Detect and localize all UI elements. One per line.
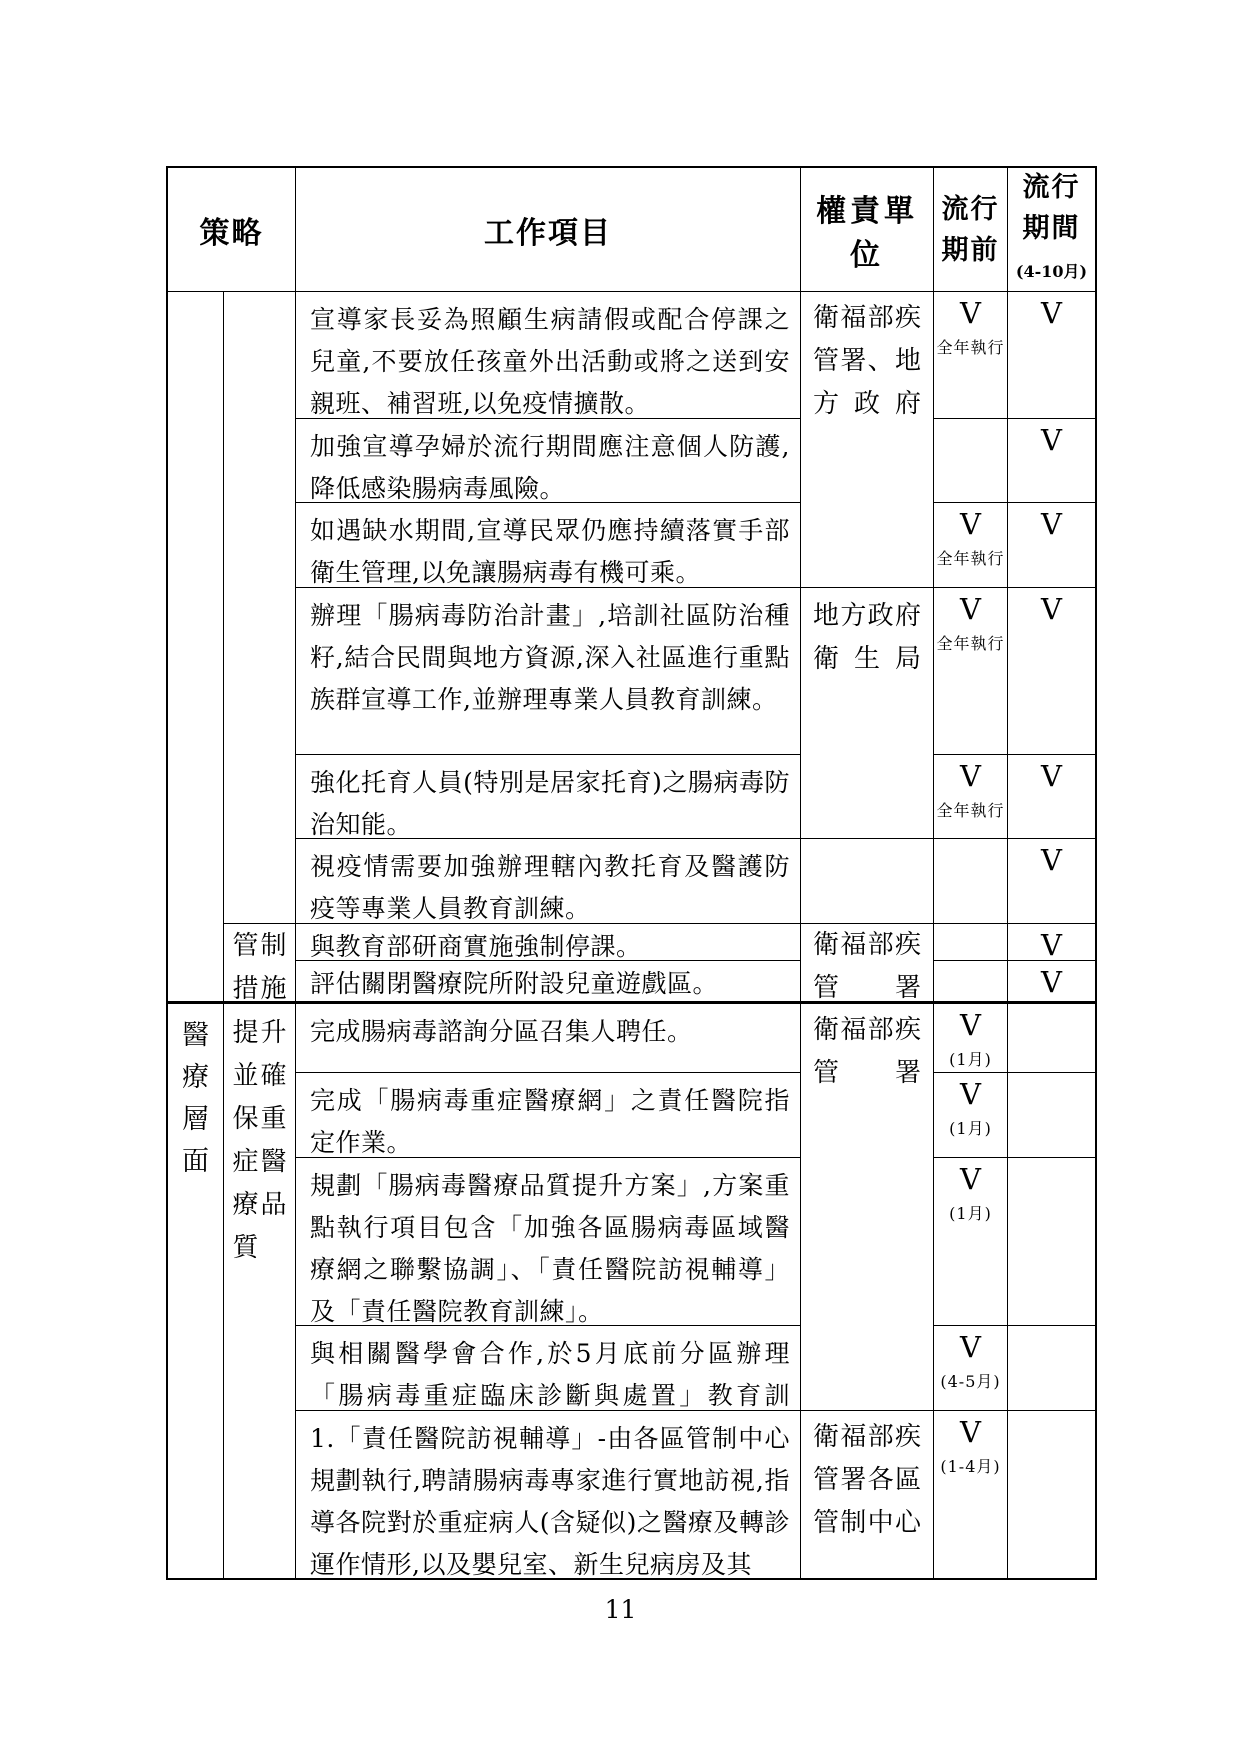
check-mark: V: [960, 507, 981, 541]
work-item-cell: 強化托育人員(特別是居家托育)之腸病毒防治知能。: [295, 754, 801, 839]
work-item-cell: 宣導家長妥為照顧生病請假或配合停課之兒童,不要放任孩童外出活動或將之送到安親班、…: [295, 291, 801, 419]
check-mark: V: [1041, 423, 1062, 457]
during-epidemic-check-cell: V: [1007, 502, 1096, 588]
header-unit-label: 權責單位: [801, 186, 933, 274]
unit-cell: 衛福部疾管署: [800, 923, 934, 1004]
work-item-text: 規劃「腸病毒醫療品質提升方案」,方案重點執行項目包含「加強各區腸病毒區域醫療網之…: [310, 1171, 790, 1326]
check-mark: V: [960, 1162, 981, 1196]
during-epidemic-check-cell: V: [1007, 291, 1096, 419]
check-mark: V: [1041, 843, 1062, 877]
pre-epidemic-check-cell: [933, 923, 1008, 961]
work-item-cell: 評估關閉醫療院所附設兒童遊戲區。: [295, 960, 801, 1004]
pre-epidemic-check-cell: V全年執行: [933, 291, 1008, 419]
during-epidemic-check-cell: [1007, 1410, 1096, 1579]
check-mark: V: [960, 296, 981, 330]
check-note: 全年執行: [936, 338, 1004, 358]
header-cell-work-item: 工作項目: [295, 167, 801, 292]
check-mark: V: [960, 1077, 981, 1111]
severe-care-quality-label: 提升並確保重症醫療品質: [233, 1012, 287, 1578]
header-during-epidemic-line2: 期間: [1023, 208, 1081, 249]
pre-epidemic-check-cell: [933, 960, 1008, 1004]
work-item-cell: 如遇缺水期間,宣導民眾仍應持續落實手部衛生管理,以免讓腸病毒有機可乘。: [295, 502, 801, 588]
unit-cell: 地方政府衛生局: [800, 587, 934, 839]
during-epidemic-check-cell: [1007, 1072, 1096, 1158]
check-mark: V: [1041, 928, 1062, 962]
unit-text: 衛福部疾管署各區管制中心: [813, 1422, 921, 1538]
during-epidemic-check-cell: V: [1007, 960, 1096, 1004]
check-note: (4-5月): [940, 1372, 1000, 1392]
header-during-epidemic-note: (4-10月): [1016, 251, 1087, 292]
during-epidemic-check-cell: [1007, 1325, 1096, 1411]
header-cell-strategy: 策略: [167, 167, 296, 292]
check-note: (1月): [949, 1204, 992, 1224]
check-note: (1月): [949, 1050, 992, 1070]
pre-epidemic-check-cell: V(1-4月): [933, 1410, 1008, 1579]
unit-text: 衛福部疾管署: [813, 930, 921, 1003]
pre-epidemic-check-cell: [933, 838, 1008, 924]
header-work-item-label: 工作項目: [484, 208, 612, 252]
unit-cell: 衛福部疾管署、地方政府: [800, 291, 934, 588]
work-item-text: 完成腸病毒諮詢分區召集人聘任。: [310, 1017, 693, 1046]
header-cell-during-epidemic: 流行 期間 (4-10月): [1007, 167, 1096, 292]
work-item-text: 加強宣導孕婦於流行期間應注意個人防護,降低感染腸病毒風險。: [310, 432, 790, 503]
pre-epidemic-check-cell: V(1月): [933, 1157, 1008, 1326]
strategy-col1-medical-level-cell: 醫療層面: [167, 1003, 224, 1579]
pre-epidemic-check-cell: V全年執行: [933, 587, 1008, 755]
pre-epidemic-check-cell: V全年執行: [933, 502, 1008, 588]
work-item-cell: 視疫情需要加強辦理轄內教托育及醫護防疫等專業人員教育訓練。: [295, 838, 801, 924]
check-mark: V: [960, 1008, 981, 1042]
check-mark: V: [1041, 965, 1062, 999]
unit-cell: [800, 838, 934, 924]
work-item-cell: 完成「腸病毒重症醫療網」之責任醫院指定作業。: [295, 1072, 801, 1158]
unit-text: 衛福部疾管署: [813, 1015, 921, 1088]
work-item-text: 視疫情需要加強辦理轄內教托育及醫護防疫等專業人員教育訓練。: [310, 852, 790, 923]
medical-level-label: 醫療層面: [182, 1015, 210, 1578]
work-item-text: 宣導家長妥為照顧生病請假或配合停課之兒童,不要放任孩童外出活動或將之送到安親班、…: [310, 305, 790, 418]
unit-text: 地方政府衛生局: [813, 601, 921, 674]
check-mark: V: [1041, 759, 1062, 793]
pre-epidemic-check-cell: V(1月): [933, 1003, 1008, 1073]
work-item-cell: 辦理「腸病毒防治計畫」,培訓社區防治種籽,結合民間與地方資源,深入社區進行重點族…: [295, 587, 801, 755]
work-item-cell: 與相關醫學會合作,於5月底前分區辦理「腸病毒重症臨床診斷與處置」教育訓練。: [295, 1325, 801, 1411]
check-mark: V: [960, 1330, 981, 1364]
header-during-epidemic-line1: 流行: [1023, 167, 1081, 208]
work-item-cell: 與教育部研商實施強制停課。: [295, 923, 801, 961]
check-mark: V: [960, 759, 981, 793]
unit-cell: 衛福部疾管署: [800, 1003, 934, 1411]
during-epidemic-check-cell: V: [1007, 587, 1096, 755]
work-item-cell: 1.「責任醫院訪視輔導」-由各區管制中心規劃執行,聘請腸病毒專家進行實地訪視,指…: [295, 1410, 801, 1579]
check-mark: V: [1041, 592, 1062, 626]
check-note: (1月): [949, 1119, 992, 1139]
header-cell-unit: 權責單位: [800, 167, 934, 292]
check-note: 全年執行: [936, 549, 1004, 569]
strategy-col2-section1-upper-cell: [223, 291, 296, 924]
strategy-col2-severe-care-quality-cell: 提升並確保重症醫療品質: [223, 1003, 296, 1579]
page-number: 11: [0, 1595, 1241, 1624]
work-item-text: 辦理「腸病毒防治計畫」,培訓社區防治種籽,結合民間與地方資源,深入社區進行重點族…: [310, 601, 790, 714]
work-item-text: 如遇缺水期間,宣導民眾仍應持續落實手部衛生管理,以免讓腸病毒有機可乘。: [310, 516, 790, 587]
work-item-text: 完成「腸病毒重症醫療網」之責任醫院指定作業。: [310, 1086, 790, 1157]
work-item-text: 1.「責任醫院訪視輔導」-由各區管制中心規劃執行,聘請腸病毒專家進行實地訪視,指…: [310, 1424, 790, 1579]
check-note: 全年執行: [936, 634, 1004, 654]
check-mark: V: [1041, 507, 1062, 541]
header-pre-epidemic-line1: 流行: [942, 189, 1000, 230]
pre-epidemic-check-cell: V(1月): [933, 1072, 1008, 1158]
pre-epidemic-check-cell: V全年執行: [933, 754, 1008, 839]
check-note: 全年執行: [936, 801, 1004, 821]
work-item-text: 強化托育人員(特別是居家托育)之腸病毒防治知能。: [310, 768, 790, 839]
during-epidemic-check-cell: [1007, 1157, 1096, 1326]
pre-epidemic-check-cell: V(4-5月): [933, 1325, 1008, 1411]
during-epidemic-check-cell: V: [1007, 418, 1096, 503]
work-item-cell: 規劃「腸病毒醫療品質提升方案」,方案重點執行項目包含「加強各區腸病毒區域醫療網之…: [295, 1157, 801, 1326]
unit-cell: 衛福部疾管署各區管制中心: [800, 1410, 934, 1579]
check-mark: V: [1041, 296, 1062, 330]
check-mark: V: [960, 592, 981, 626]
unit-text: 衛福部疾管署、地方政府: [813, 303, 921, 419]
during-epidemic-check-cell: [1007, 1003, 1096, 1073]
header-strategy-label: 策略: [200, 208, 264, 252]
during-epidemic-check-cell: V: [1007, 754, 1096, 839]
work-item-text: 與教育部研商實施強制停課。: [310, 932, 642, 961]
work-item-cell: 加強宣導孕婦於流行期間應注意個人防護,降低感染腸病毒風險。: [295, 418, 801, 503]
during-epidemic-check-cell: V: [1007, 923, 1096, 961]
check-note: (1-4月): [940, 1457, 1000, 1477]
header-pre-epidemic-line2: 期前: [942, 230, 1000, 271]
work-item-cell: 完成腸病毒諮詢分區召集人聘任。: [295, 1003, 801, 1073]
document-page: 策略 工作項目 權責單位 流行 期前 流行 期間 (4-10月) 管制措施 醫療…: [0, 0, 1241, 1755]
work-item-text: 評估關閉醫療院所附設兒童遊戲區。: [310, 969, 718, 998]
pre-epidemic-check-cell: [933, 418, 1008, 503]
control-measures-label: 管制措施: [233, 925, 287, 1001]
during-epidemic-check-cell: V: [1007, 838, 1096, 924]
header-cell-pre-epidemic: 流行 期前: [933, 167, 1008, 292]
check-mark: V: [960, 1415, 981, 1449]
strategy-col1-section1-cell: [167, 291, 224, 1004]
strategy-col2-control-measures-cell: 管制措施: [223, 923, 296, 1004]
